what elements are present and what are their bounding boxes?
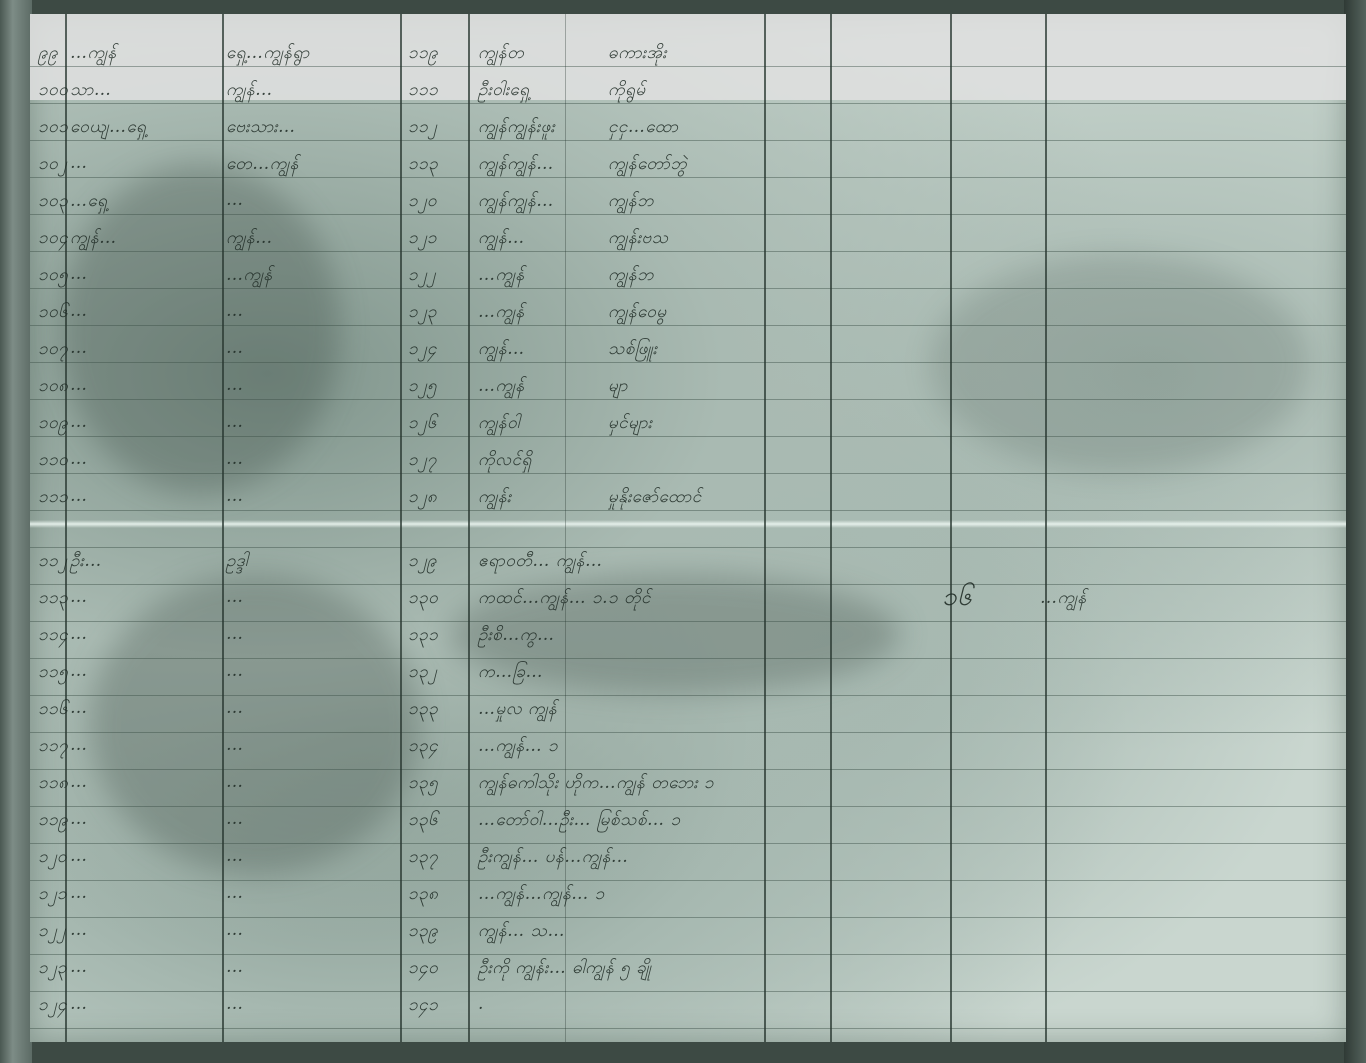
entry-village: … bbox=[226, 190, 244, 210]
entry-name-2: ကျွန်ဝါ bbox=[478, 412, 520, 437]
entry-village: …ကျွန် bbox=[226, 264, 273, 289]
entry-village-2: ကျွန်တော်ဘွဲ bbox=[608, 153, 687, 178]
entry-number: ၁၁၁ bbox=[38, 486, 68, 511]
entry-village: ရှေ့…ကျွန်ရွာ bbox=[226, 42, 310, 67]
entry-number: ၁၀၉ bbox=[38, 412, 68, 437]
entry-number-2: ၁၃၆ bbox=[408, 809, 438, 834]
entry-village: ကျွန်… bbox=[226, 227, 273, 252]
entry-number-2: ၁၂၃ bbox=[408, 301, 437, 326]
entry-name: … bbox=[70, 412, 88, 432]
entry-number: ၁၀၆ bbox=[38, 301, 68, 326]
entry-number-2: ၁၂၇ bbox=[408, 449, 437, 474]
entry-name: သာ… bbox=[70, 79, 111, 104]
background-right-edge bbox=[1344, 0, 1366, 1063]
entry-number-2: ၁၃၅ bbox=[408, 772, 438, 797]
entry-description: . bbox=[478, 994, 484, 1014]
entry-village: ဥဒ္ဒါ bbox=[226, 550, 248, 575]
ledger-row: ၁၀၆……၁၂၃…ကျွန်ကျွန်ဝေမွ bbox=[30, 295, 1346, 332]
entry-number-2: ၁၃၇ bbox=[408, 846, 438, 871]
ledger-row: ၁၀၁ဝေယျ…ရှေ့ဗေးသား…၁၁၂ကျွန်ကျွန်းဖူးငှငှ… bbox=[30, 110, 1346, 147]
entry-village: … bbox=[226, 587, 244, 607]
entry-number: ၁၀၄ bbox=[38, 227, 68, 252]
entry-name: … bbox=[70, 809, 88, 829]
entry-number-2: ၁၃၄ bbox=[408, 735, 438, 760]
entry-name: …ရှေ့ bbox=[70, 190, 107, 215]
entry-number: ၁၀၀ bbox=[38, 79, 68, 104]
ledger-row: ၁၂၀……၁၃၇ဦးကျွန်… ပန်…ကျွန်… bbox=[30, 840, 1346, 877]
entry-number-2: ၁၁၉ bbox=[408, 42, 438, 67]
entry-number: ၁၁၆ bbox=[38, 698, 68, 723]
entry-number-2: ၁၂၄ bbox=[408, 338, 437, 363]
ledger-row: ၁၁၀……၁၂၇ကိုလင်ရှိ bbox=[30, 443, 1346, 480]
entry-name: …ကျွန် bbox=[70, 42, 117, 67]
ledger-row: ၁၁၇……၁၃၄…ကျွန်… ၁ bbox=[30, 729, 1346, 766]
entry-village: … bbox=[226, 883, 244, 903]
entry-description: ဧရာဝတီ… ကျွန်… bbox=[478, 550, 602, 575]
entry-description: …တော်ဝါ…ဦး… မြစ်သစ်… ၁ bbox=[478, 809, 681, 834]
entry-name: … bbox=[70, 957, 88, 977]
entry-name: … bbox=[70, 920, 88, 940]
entry-number-2: ၁၃၉ bbox=[408, 920, 438, 945]
entry-name: … bbox=[70, 449, 88, 469]
entry-number-2: ၁၂၈ bbox=[408, 486, 437, 511]
entry-number-2: ၁၂၉ bbox=[408, 550, 437, 575]
entry-number: ၁၀၈ bbox=[38, 375, 68, 400]
entry-village: … bbox=[226, 375, 244, 395]
entry-description: ကျွန်ဓကါသိုး ဟိုက…ကျွန် တဘေး ၁ bbox=[478, 772, 714, 797]
entry-village-2: ကျွန်ဝေမွ bbox=[608, 301, 667, 326]
ledger-row: ၁၁၈……၁၃၅ကျွန်ဓကါသိုး ဟိုက…ကျွန် တဘေး ၁ bbox=[30, 766, 1346, 803]
ledger-row: ၁၁၂ဦး…ဥဒ္ဒါ၁၂၉ဧရာဝတီ… ကျွန်… bbox=[30, 544, 1346, 581]
entry-name: … bbox=[70, 698, 88, 718]
entry-village-2: ကျွန်ဘ bbox=[608, 264, 654, 289]
ledger-row: ၁၀၉……၁၂၆ကျွန်ဝါမှင်များ bbox=[30, 406, 1346, 443]
entry-description: …ကျွန်…ကျွန်… ၁ bbox=[478, 883, 605, 908]
entry-name: … bbox=[70, 587, 88, 607]
entry-number: ၁၂၄ bbox=[38, 994, 67, 1019]
ledger-row: ၁၂၄……၁၄၁. bbox=[30, 988, 1346, 1025]
entry-name: … bbox=[70, 264, 88, 284]
entry-number-2: ၁၁၂ bbox=[408, 116, 437, 141]
ledger-row: ၁၀၃…ရှေ့…၁၂၀ကျွန်ကျွန်…ကျွန်ဘ bbox=[30, 184, 1346, 221]
entry-name: … bbox=[70, 735, 88, 755]
entry-description: ဦးစိ…ကွ… bbox=[478, 624, 554, 649]
entry-number: ၁၁၃ bbox=[38, 587, 68, 612]
entry-number-2: ၁၂၆ bbox=[408, 412, 437, 437]
entry-name: … bbox=[70, 883, 88, 903]
entry-name-2: …ကျွန် bbox=[478, 301, 525, 326]
entry-number-2: ၁၂၂ bbox=[408, 264, 436, 289]
entry-description: ဦးကို ကျွန်း… ဓါကျွန် ၅ ချို bbox=[478, 957, 651, 982]
entry-name-2: …ကျွန် bbox=[478, 264, 525, 289]
ledger-row: ၁၀၅……ကျွန်၁၂၂…ကျွန်ကျွန်ဘ bbox=[30, 258, 1346, 295]
entry-number-2: ၁၁၃ bbox=[408, 153, 438, 178]
entry-number: ၁၁၀ bbox=[38, 449, 68, 474]
ledger-row: ၁၀၄ကျွန်…ကျွန်…၁၂၁ကျွန်…ကျွန်းဗသ bbox=[30, 221, 1346, 258]
background-left-edge bbox=[0, 0, 32, 1063]
ledger-row: ၁၀၇……၁၂၄ကျွန်…သစ်ဖြူး bbox=[30, 332, 1346, 369]
entry-village: … bbox=[226, 772, 244, 792]
ledger-row: ၁၁၆……၁၃၃…မှုလ ကျွန် bbox=[30, 692, 1346, 729]
entry-village-2: ငှငှ…ထော bbox=[608, 116, 679, 141]
entry-number-2: ၁၃၀ bbox=[408, 587, 438, 612]
entry-village-2: သစ်ဖြူး bbox=[608, 338, 657, 363]
entry-village: … bbox=[226, 338, 244, 358]
entry-village-2: ကိုရွမ် bbox=[608, 79, 646, 104]
entry-name: … bbox=[70, 994, 88, 1014]
entry-village: … bbox=[226, 809, 244, 829]
entry-description: ကထင်…ကျွန်… ၁.၁ တိုင် bbox=[478, 587, 651, 612]
entry-description: ဦးကျွန်… ပန်…ကျွန်… bbox=[478, 846, 628, 871]
ledger-row: ၁၀၂…တေ…ကျွန်၁၁၃ကျွန်ကျွန်…ကျွန်တော်ဘွဲ bbox=[30, 147, 1346, 184]
ledger-row: ၁၀၈……၁၂၅…ကျွန်မျာ bbox=[30, 369, 1346, 406]
entry-number: ၁၀၁ bbox=[38, 116, 68, 141]
ledger-row: ၁၁၉……၁၃၆…တော်ဝါ…ဦး… မြစ်သစ်… ၁ bbox=[30, 803, 1346, 840]
entry-name: … bbox=[70, 338, 88, 358]
entry-name: … bbox=[70, 624, 88, 644]
entry-number: ၁၁၂ bbox=[38, 550, 67, 575]
entry-number: ၁၀၃ bbox=[38, 190, 68, 215]
entry-name-2: ဦးဝါးရှေ့ bbox=[478, 79, 529, 104]
entry-number-2: ၁၁၁ bbox=[408, 79, 438, 104]
entry-number-2: ၁၂၁ bbox=[408, 227, 437, 252]
entry-number: ၁၂၃ bbox=[38, 957, 67, 982]
entry-name-2: …ကျွန် bbox=[478, 375, 525, 400]
entry-note: …ကျွန် bbox=[1040, 587, 1087, 612]
entry-amount: ၁၆ bbox=[942, 579, 972, 618]
entry-village: ဗေးသား… bbox=[226, 116, 296, 141]
entry-number: ၉၉ bbox=[38, 42, 58, 67]
entry-name: ဦး… bbox=[70, 550, 102, 575]
entry-village: … bbox=[226, 449, 244, 469]
ledger-page: ၉၉…ကျွန်ရှေ့…ကျွန်ရွာ၁၁၉ကျွန်တဓကားအိုး၁၀… bbox=[30, 14, 1346, 1042]
entry-village-2: ကျွန်ဘ bbox=[608, 190, 654, 215]
entry-number-2: ၁၂၀ bbox=[408, 190, 437, 215]
entry-description: …ကျွန်… ၁ bbox=[478, 735, 558, 760]
entry-village-2: ကျွန်းဗသ bbox=[608, 227, 669, 252]
entry-number: ၁၂၀ bbox=[38, 846, 67, 871]
entry-name-2: ကျွန်ကျွန်… bbox=[478, 190, 554, 215]
entry-number: ၁၀၂ bbox=[38, 153, 67, 178]
entry-number-2: ၁၄၁ bbox=[408, 994, 438, 1019]
entry-name: … bbox=[70, 301, 88, 321]
ledger-row: ၁၀၀သာ…ကျွန်…၁၁၁ဦးဝါးရှေ့ကိုရွမ် bbox=[30, 73, 1346, 110]
entry-name: … bbox=[70, 661, 88, 681]
entry-number: ၁၂၂ bbox=[38, 920, 66, 945]
entry-village: … bbox=[226, 920, 244, 940]
entry-village: … bbox=[226, 957, 244, 977]
entry-description: ကျွန်… သ… bbox=[478, 920, 565, 945]
entry-name-2: ကျွန်တ bbox=[478, 42, 524, 67]
entry-number: ၁၀၇ bbox=[38, 338, 68, 363]
entry-name: ဝေယျ…ရှေ့ bbox=[70, 116, 146, 141]
entry-village: … bbox=[226, 846, 244, 866]
entry-name: … bbox=[70, 153, 88, 173]
entry-number: ၁၁၅ bbox=[38, 661, 68, 686]
ledger-row: ၁၁၅……၁၃၂က…ခြ… bbox=[30, 655, 1346, 692]
entry-number: ၁၁၇ bbox=[38, 735, 68, 760]
entry-name-2: ကိုလင်ရှိ bbox=[478, 449, 532, 474]
entry-name: … bbox=[70, 375, 88, 395]
ledger-row: ၉၉…ကျွန်ရှေ့…ကျွန်ရွာ၁၁၉ကျွန်တဓကားအိုး bbox=[30, 36, 1346, 73]
entry-village: ကျွန်… bbox=[226, 79, 273, 104]
ledger-row: ၁၁၃……၁၃၀ကထင်…ကျွန်… ၁.၁ တိုင်၁၆…ကျွန် bbox=[30, 581, 1346, 618]
entry-number-2: ၁၃၂ bbox=[408, 661, 437, 686]
entry-village: … bbox=[226, 486, 244, 506]
entry-village: … bbox=[226, 698, 244, 718]
ledger-row: ၁၂၃……၁၄၀ဦးကို ကျွန်း… ဓါကျွန် ၅ ချို bbox=[30, 951, 1346, 988]
entry-number-2: ၁၃၃ bbox=[408, 698, 438, 723]
entry-number: ၁၁၉ bbox=[38, 809, 68, 834]
entry-village: … bbox=[226, 735, 244, 755]
entry-village-2: ဓကားအိုး bbox=[608, 42, 667, 67]
entry-description: က…ခြ… bbox=[478, 661, 543, 686]
entry-name: … bbox=[70, 486, 88, 506]
entry-village: … bbox=[226, 624, 244, 644]
entry-number: ၁၂၁ bbox=[38, 883, 67, 908]
entry-village-2: မှုနိုးဇော်ထောင် bbox=[608, 486, 702, 511]
paper-fold bbox=[30, 520, 1346, 528]
entry-name: ကျွန်… bbox=[70, 227, 117, 252]
entry-number-2: ၁၃၁ bbox=[408, 624, 438, 649]
entry-name-2: ကျွန်း bbox=[478, 486, 511, 511]
ruled-line bbox=[30, 1028, 1346, 1029]
entry-name-2: ကျွန်ကျွန်းဖူး bbox=[478, 116, 555, 141]
entry-village-2: မှင်များ bbox=[608, 412, 652, 437]
entry-number: ၁၀၅ bbox=[38, 264, 68, 289]
entry-name: … bbox=[70, 846, 88, 866]
entry-village-2: မျာ bbox=[608, 375, 628, 400]
entry-village: … bbox=[226, 412, 244, 432]
entry-number-2: ၁၃၈ bbox=[408, 883, 438, 908]
ledger-row: ၁၂၁……၁၃၈…ကျွန်…ကျွန်… ၁ bbox=[30, 877, 1346, 914]
entry-village: တေ…ကျွန် bbox=[226, 153, 299, 178]
entry-name: … bbox=[70, 772, 88, 792]
entry-number: ၁၁၈ bbox=[38, 772, 68, 797]
entry-number-2: ၁၂၅ bbox=[408, 375, 437, 400]
ledger-row: ၁၁၄……၁၃၁ဦးစိ…ကွ… bbox=[30, 618, 1346, 655]
ledger-row: ၁၂၂……၁၃၉ကျွန်… သ… bbox=[30, 914, 1346, 951]
entry-village: … bbox=[226, 301, 244, 321]
entry-number: ၁၁၄ bbox=[38, 624, 68, 649]
entry-description: …မှုလ ကျွန် bbox=[478, 698, 557, 723]
entry-name-2: ကျွန်… bbox=[478, 338, 525, 363]
entry-number-2: ၁၄၀ bbox=[408, 957, 438, 982]
entry-name-2: ကျွန်… bbox=[478, 227, 525, 252]
ledger-row: ၁၁၁……၁၂၈ကျွန်းမှုနိုးဇော်ထောင် bbox=[30, 480, 1346, 517]
entry-name-2: ကျွန်ကျွန်… bbox=[478, 153, 554, 178]
entry-village: … bbox=[226, 661, 244, 681]
entry-village: … bbox=[226, 994, 244, 1014]
